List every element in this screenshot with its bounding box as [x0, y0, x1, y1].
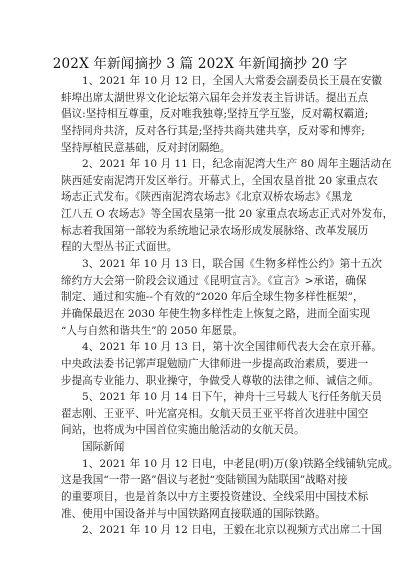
text-line: 5、2021 年 10 月 14 日下午，神舟十三号载人飞行任务航天员 — [61, 389, 345, 406]
text-line: “人与自然和谐共生”的 2050 年愿景。 — [61, 323, 345, 340]
text-line: 步提高专业能力、职业操守，争做受人尊敬的法律之师、诚信之师。 — [61, 373, 345, 390]
text-line: 制定、通过和实施--个有效的“2020 年后全球生物多样性框架”， — [61, 289, 345, 306]
text-line: 并确保最迟在 2030 年使生物多样性走上恢复之路，进而全面实现 — [61, 306, 345, 323]
text-line: 坚持同舟共济，反对各行其是;坚持共商共建共享，反对零和博弈; — [61, 123, 345, 140]
text-line: 蚌埠出席太湖世界文化论坛第六届年会并发表主旨讲话。提出五点 — [61, 90, 345, 107]
text-line: 程的大型丛书正式面世。 — [61, 239, 345, 256]
text-line: 1、2021 年 10 月 12 日，全国人大常委会副委员长王晨在安徽 — [61, 73, 345, 90]
section-heading: 国际新闻 — [61, 439, 345, 456]
text-line: 2、2021 年 10 月 11 日，纪念南泥湾大生产 80 周年主题活动在 — [61, 156, 345, 173]
text-line: 间站，也将成为中国首位实施出舱活动的女航天员。 — [61, 422, 345, 439]
text-line: 3、2021 年 10 月 13 日，联合国《生物多样性公约》第十五次 — [61, 256, 345, 273]
document-page: 202X 年新闻摘抄 3 篇 202X 年新闻摘抄 20 字 1、2021 年 … — [0, 0, 400, 565]
text-line: 这是我国“一带一路”倡议与老挝“变陆锁国为陆联国”战略对接 — [61, 472, 345, 489]
text-line: 4、2021 年 10 月 13 日，第十次全国律师代表大会在京开幕。 — [61, 339, 345, 356]
text-line: 1、2021 年 10 月 12 日电，中老昆(明)万(象)铁路全线铺轨完成。 — [61, 456, 345, 473]
text-line: 2、2021 年 10 月 12 日电，王毅在北京以视频方式出席二十国 — [61, 522, 345, 539]
text-line: 缔约方大会第一阶段会议通过《昆明宣言》。《宣言》>承诺，确保 — [61, 273, 345, 290]
text-line: 翟志刚、王亚平、叶光富亮相。女航天员王亚平将首次进驻中国空 — [61, 406, 345, 423]
text-line: 的重要项目，也是首条以中方主要投资建设、全线采用中国技术标 — [61, 489, 345, 506]
document-title: 202X 年新闻摘抄 3 篇 202X 年新闻摘抄 20 字 — [0, 55, 400, 73]
text-line: 准、使用中国设备并与中国铁路网直接联通的国际铁路。 — [61, 506, 345, 523]
document-body: 1、2021 年 10 月 12 日，全国人大常委会副委员长王晨在安徽蚌埠出席太… — [61, 73, 345, 539]
text-line: 标志着我国第一部较为系统地记录农场形成发展脉络、改革发展历 — [61, 223, 345, 240]
text-line: 场志正式发布。《陕西南泥湾农场志》《北京双桥农场志》《黑龙 — [61, 189, 345, 206]
text-line: 倡议:坚持相互尊重，反对唯我独尊;坚持互学互鉴，反对霸权霸道; — [61, 106, 345, 123]
text-line: 陕西延安南泥湾开发区举行。开幕式上，全国农垦首批 20 家重点农 — [61, 173, 345, 190]
text-line: 江八五 O 农场志》等全国农垦第一批 20 家重点农场志正式对外发布， — [61, 206, 345, 223]
text-line: 坚持厚植民意基础，反对封闭隔绝。 — [61, 140, 345, 157]
text-line: 中央政法委书记郭声琨勉励广大律师进一步提高政治素质，要进一 — [61, 356, 345, 373]
